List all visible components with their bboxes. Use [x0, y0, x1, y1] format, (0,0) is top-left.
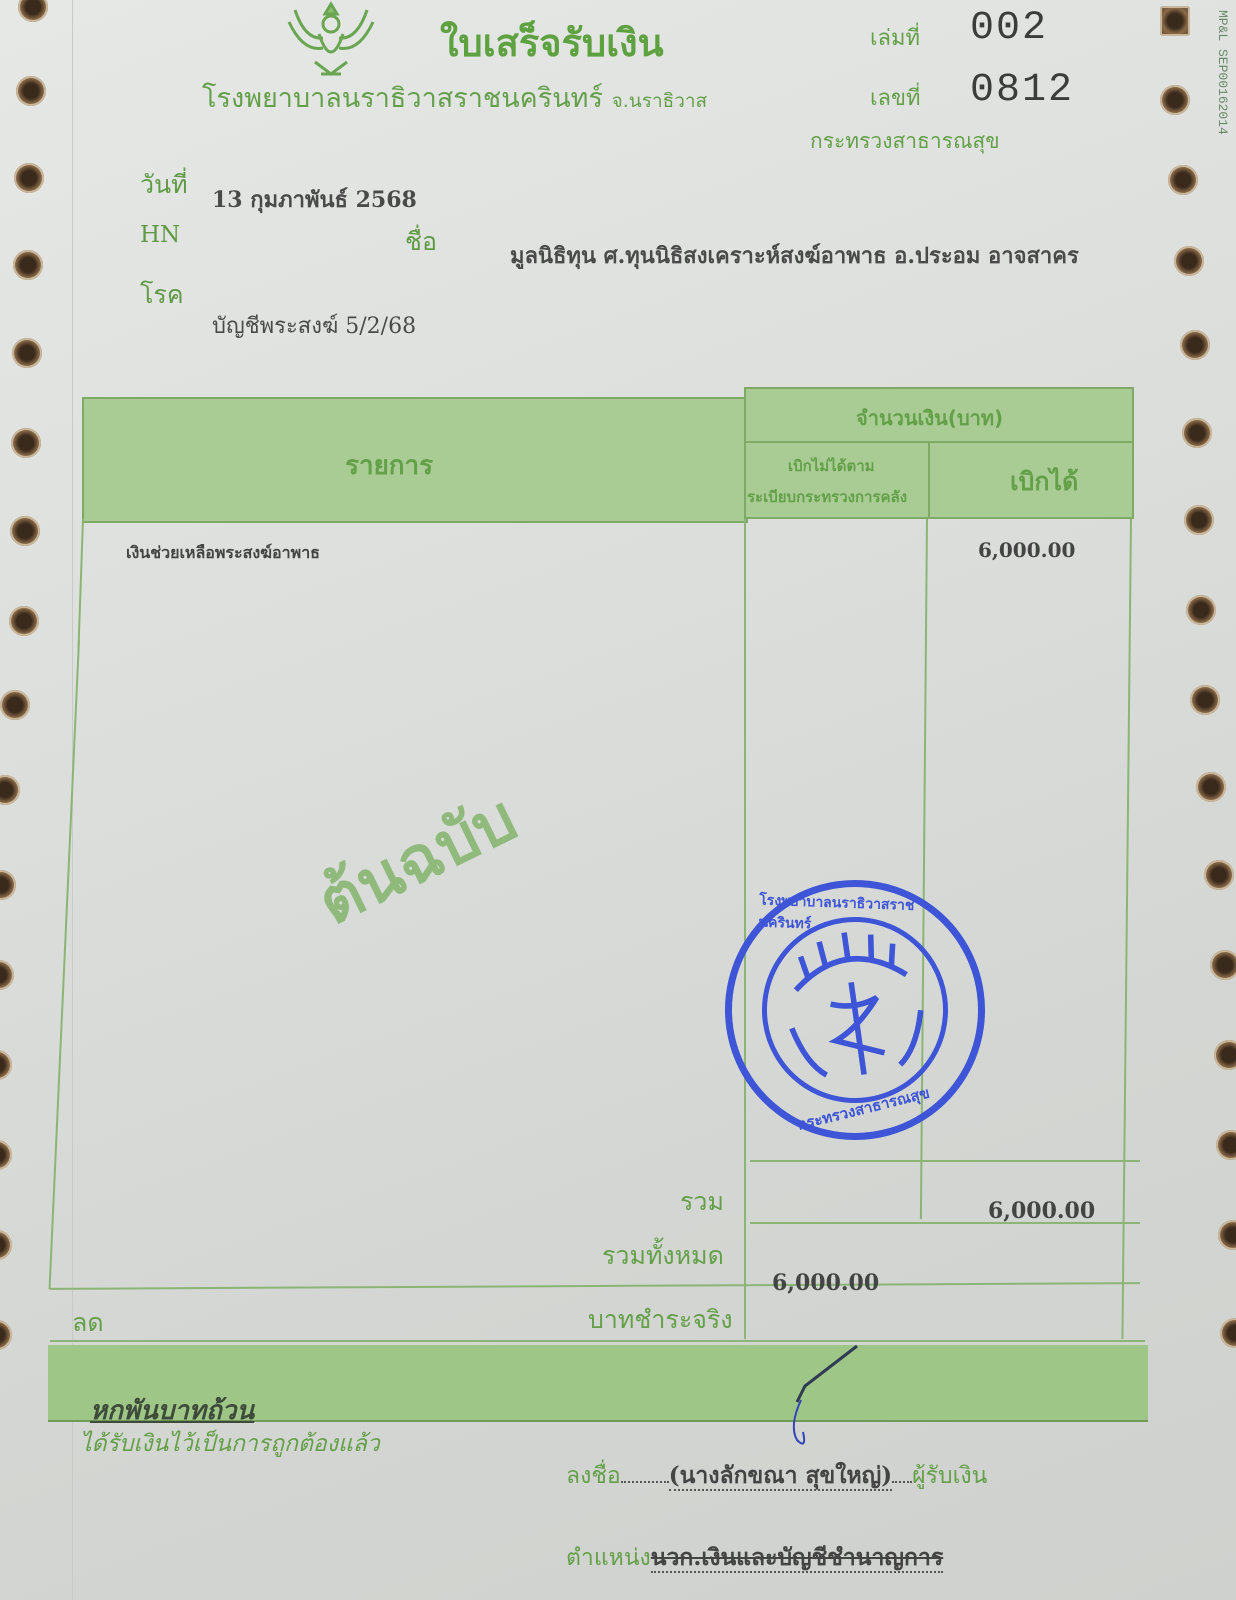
- perforation-hole: [0, 1320, 12, 1350]
- perforation-hole: [0, 775, 20, 805]
- perforation-hole: [1160, 6, 1190, 36]
- perforation-hole: [1218, 1220, 1236, 1250]
- perforation-hole: [0, 690, 30, 720]
- row-divider: [50, 1282, 1140, 1290]
- perforation-hole: [16, 76, 46, 106]
- row-divider: [50, 1340, 1145, 1342]
- items-column-title: รายการ: [345, 445, 433, 486]
- sign-label: ลงชื่อ: [566, 1463, 621, 1489]
- grand-total-label: รวมทั้งหมด: [602, 1236, 724, 1276]
- receipt-number-label: เลขที่: [870, 80, 921, 115]
- perforation-hole: [0, 1230, 12, 1260]
- form-side-code: MP&L SEP00162014: [1215, 10, 1230, 135]
- perforation-hole: [1214, 1040, 1236, 1070]
- row-item: เงินช่วยเหลือพระสงฆ์อาพาธ: [126, 541, 320, 566]
- garuda-emblem-icon: [285, 0, 377, 80]
- name-label: ชื่อ: [405, 222, 437, 262]
- ministry-name: กระทรวงสาธารณสุข: [810, 125, 1000, 158]
- perforation-hole: [1160, 85, 1190, 115]
- row-claimable: 6,000.00: [978, 538, 1075, 562]
- table-border-right: [1121, 519, 1132, 1339]
- perforation-hole: [1184, 505, 1214, 535]
- date-value: 13 กุมภาพันธ์ 2568: [212, 182, 417, 217]
- dotted-leader: [621, 1481, 669, 1483]
- subtotal-label: รวม: [680, 1182, 724, 1222]
- perforation-hole: [9, 606, 39, 636]
- received-statement: ได้รับเงินไว้เป็นการถูกต้องแล้ว: [80, 1426, 380, 1462]
- seal-top-text: โรงพยาบาลนราธิวาสราชนครินทร์: [758, 890, 965, 941]
- not-claimable-title-line1: เบิกไม่ได้ตาม: [788, 454, 875, 478]
- amount-in-words: หกพันบาทถ้วน: [90, 1390, 254, 1431]
- perforation-hole: [1216, 1130, 1236, 1160]
- perforation-hole: [1174, 246, 1204, 276]
- original-copy-watermark: ต้นฉบับ: [300, 768, 534, 952]
- receipt-paper: MP&L SEP00162014 ใบเสร็จรับเงิน โรงพยาบา…: [0, 0, 1236, 1600]
- perforation-hole: [13, 250, 43, 280]
- perforation-hole: [1220, 1318, 1236, 1348]
- signature-line: ลงชื่อ(นางลักขณา สุขใหญ่)ผู้รับเงิน: [566, 1458, 987, 1494]
- position-line: ตำแหน่งนวก.เงินและบัญชีชำนาญการ: [566, 1540, 943, 1576]
- perforation-hole: [0, 1140, 12, 1170]
- perforation-hole: [1186, 595, 1216, 625]
- account-note: บัญชีพระสงฆ์ 5/2/68: [212, 308, 416, 343]
- position-label: ตำแหน่ง: [566, 1545, 651, 1571]
- perforation-hole: [18, 0, 48, 22]
- dotted-leader: [892, 1481, 912, 1483]
- perforation-hole: [0, 1050, 12, 1080]
- perforation-hole: [14, 163, 44, 193]
- book-number-label: เล่มที่: [870, 20, 920, 55]
- position-value: นวก.เงินและบัญชีชำนาญการ: [651, 1544, 943, 1573]
- perforation-hole: [0, 870, 16, 900]
- name-value: มูลนิธิทุน ศ.ทุนนิธิสงเคราะห์สงฆ์อาพาธ อ…: [510, 238, 1079, 273]
- perforation-hole: [10, 516, 40, 546]
- perforation-hole: [12, 338, 42, 368]
- perforation-hole: [1182, 418, 1212, 448]
- not-claimable-title-line2: ระเบียบกระทรวงการคลัง: [747, 485, 907, 509]
- signer-name: (นางลักขณา สุขใหญ่): [669, 1462, 892, 1491]
- row-divider: [750, 1160, 1140, 1162]
- signature-mark: [775, 1340, 865, 1450]
- table-border-left: [77, 519, 84, 649]
- grand-total-value: 6,000.00: [772, 1270, 879, 1296]
- perforation-hole: [11, 428, 41, 458]
- amount-group-title: จำนวนเงิน(บาท): [856, 402, 1003, 434]
- column-divider: [744, 519, 746, 1339]
- hospital-name: โรงพยาบาลนราธิวาสราชนครินทร์: [202, 83, 603, 114]
- hospital-name-line: โรงพยาบาลนราธิวาสราชนครินทร์ จ.นราธิวาส: [202, 76, 707, 119]
- perforation-hole: [1190, 685, 1220, 715]
- perforation-hole: [1196, 772, 1226, 802]
- perforation-hole: [1168, 165, 1198, 195]
- province: จ.นราธิวาส: [612, 90, 708, 112]
- discount-label: ลด: [72, 1303, 104, 1343]
- receipt-title: ใบเสร็จรับเงิน: [440, 12, 664, 73]
- hospital-seal-stamp: โรงพยาบาลนราธิวาสราชนครินทร์ กระทรวงสาธา…: [708, 863, 1002, 1157]
- hn-label: HN: [140, 222, 180, 248]
- disease-label: โรค: [140, 275, 184, 315]
- book-number: 002: [970, 6, 1048, 51]
- table-border-left: [49, 640, 80, 1289]
- claimable-column-title: เบิกได้: [1010, 462, 1078, 502]
- receipt-number: 0812: [970, 68, 1074, 113]
- net-paid-label: บาทชำระจริง: [588, 1300, 733, 1340]
- subtotal-claimable: 6,000.00: [988, 1198, 1095, 1224]
- perforation-hole: [0, 960, 14, 990]
- perforation-hole: [1180, 330, 1210, 360]
- receiver-label: ผู้รับเงิน: [912, 1463, 987, 1489]
- perforation-hole: [1210, 950, 1236, 980]
- date-label: วันที่: [140, 165, 188, 205]
- perforation-hole: [1204, 860, 1234, 890]
